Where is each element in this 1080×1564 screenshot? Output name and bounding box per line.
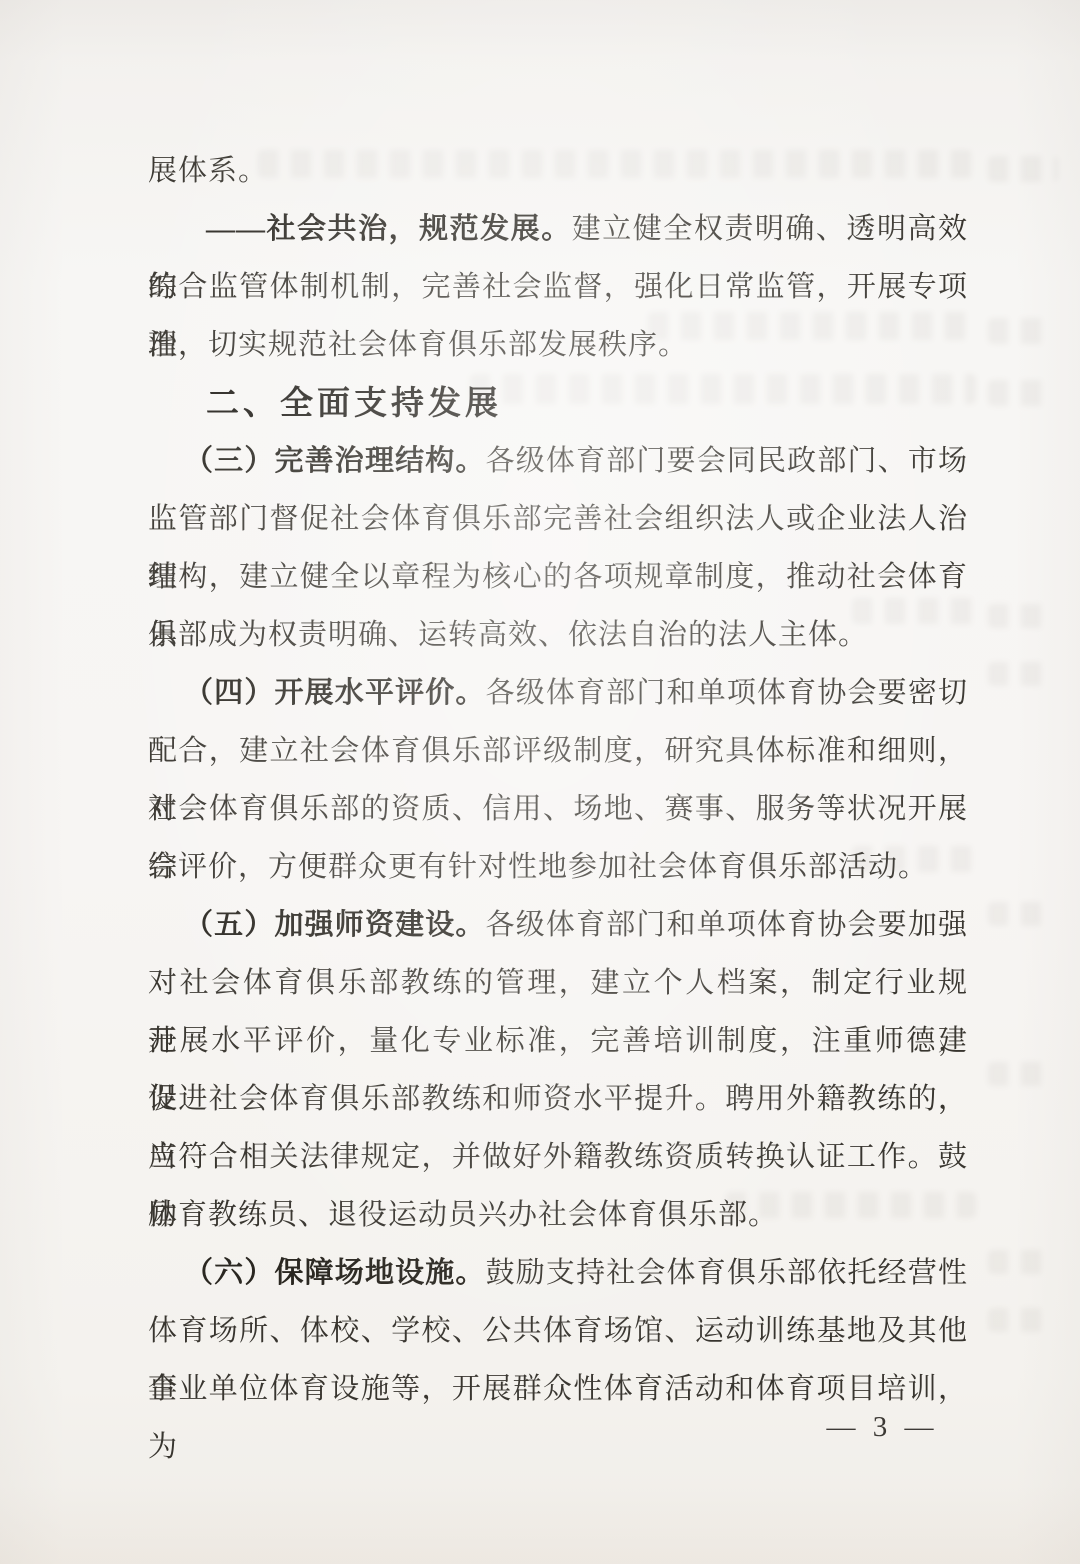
text-line: 展体系。	[148, 142, 968, 200]
text-line: 理，切实规范社会体育俱乐部发展秩序。	[148, 316, 968, 374]
bleed-through-artifact	[988, 1062, 1046, 1086]
text-line: 体育教练员、退役运动员兴办社会体育俱乐部。	[148, 1186, 968, 1244]
bleed-through-artifact	[988, 604, 1046, 628]
text-line: 对社会体育俱乐部教练的管理，建立个人档案，制定行业规范，	[148, 954, 968, 1012]
text-line: 当符合相关法律规定，并做好外籍教练资质转换认证工作。鼓励	[148, 1128, 968, 1186]
text-line: ——社会共治，规范发展。建立健全权责明确、透明高效的	[148, 200, 968, 258]
text-line: 促进社会体育俱乐部教练和师资水平提升。聘用外籍教练的，应	[148, 1070, 968, 1128]
section-heading: 二、全面支持发展	[148, 374, 968, 432]
bleed-through-artifact	[988, 318, 1054, 344]
text-line: 乐部成为权责明确、运转高效、依法自治的法人主体。	[148, 606, 968, 664]
text-line: 监管部门督促社会体育俱乐部完善社会组织法人或企业法人治理	[148, 490, 968, 548]
page-number: — 3 —	[760, 1404, 1000, 1450]
body-text: 各级体育部门和单项体育协会要密切	[486, 677, 968, 709]
bleed-through-artifact	[988, 1250, 1046, 1274]
text-line: （四）开展水平评价。各级体育部门和单项体育协会要密切	[148, 664, 968, 722]
bold-lead: ——社会共治，规范发展。	[206, 213, 572, 245]
text-line: 结构，建立健全以章程为核心的各项规章制度，推动社会体育俱	[148, 548, 968, 606]
body-text: 鼓励支持社会体育俱乐部依托经营性	[486, 1257, 968, 1289]
bold-lead: （五）加强师资建设。	[184, 909, 486, 941]
text-line: 合评价，方便群众更有针对性地参加社会体育俱乐部活动。	[148, 838, 968, 896]
document-page: 展体系。 ——社会共治，规范发展。建立健全权责明确、透明高效的 综合监管体制机制…	[0, 0, 1080, 1564]
body-text: 各级体育部门和单项体育协会要加强	[486, 909, 968, 941]
bleed-through-artifact	[988, 1308, 1046, 1332]
bleed-through-artifact	[988, 380, 1048, 406]
body-text: 展体系。	[148, 155, 268, 187]
bold-lead: （三）完善治理结构。	[184, 445, 486, 477]
text-line: 开展水平评价，量化专业标准，完善培训制度，注重师德建设，	[148, 1012, 968, 1070]
text-line: （五）加强师资建设。各级体育部门和单项体育协会要加强	[148, 896, 968, 954]
text-line: 社会体育俱乐部的资质、信用、场地、赛事、服务等状况开展综	[148, 780, 968, 838]
text-line: （三）完善治理结构。各级体育部门要会同民政部门、市场	[148, 432, 968, 490]
text-line: 体育场所、体校、学校、公共体育场馆、运动训练基地及其他企	[148, 1302, 968, 1360]
body-text: 各级体育部门要会同民政部门、市场	[486, 445, 968, 477]
bold-lead: （四）开展水平评价。	[184, 677, 486, 709]
bleed-through-artifact	[988, 156, 1058, 182]
document-text: 展体系。 ——社会共治，规范发展。建立健全权责明确、透明高效的 综合监管体制机制…	[148, 142, 968, 1418]
body-text: 乐部成为权责明确、运转高效、依法自治的法人主体。	[148, 619, 868, 651]
body-text: 理，切实规范社会体育俱乐部发展秩序。	[148, 329, 688, 361]
text-line: 配合，建立社会体育俱乐部评级制度，研究具体标准和细则，对	[148, 722, 968, 780]
bleed-through-artifact	[988, 662, 1046, 686]
body-text: 体育教练员、退役运动员兴办社会体育俱乐部。	[148, 1199, 778, 1231]
bold-lead: （六）保障场地设施。	[184, 1257, 486, 1289]
body-text: 合评价，方便群众更有针对性地参加社会体育俱乐部活动。	[148, 851, 928, 883]
text-line: （六）保障场地设施。鼓励支持社会体育俱乐部依托经营性	[148, 1244, 968, 1302]
text-line: 综合监管体制机制，完善社会监督，强化日常监管，开展专项治	[148, 258, 968, 316]
bleed-through-artifact	[988, 902, 1046, 926]
